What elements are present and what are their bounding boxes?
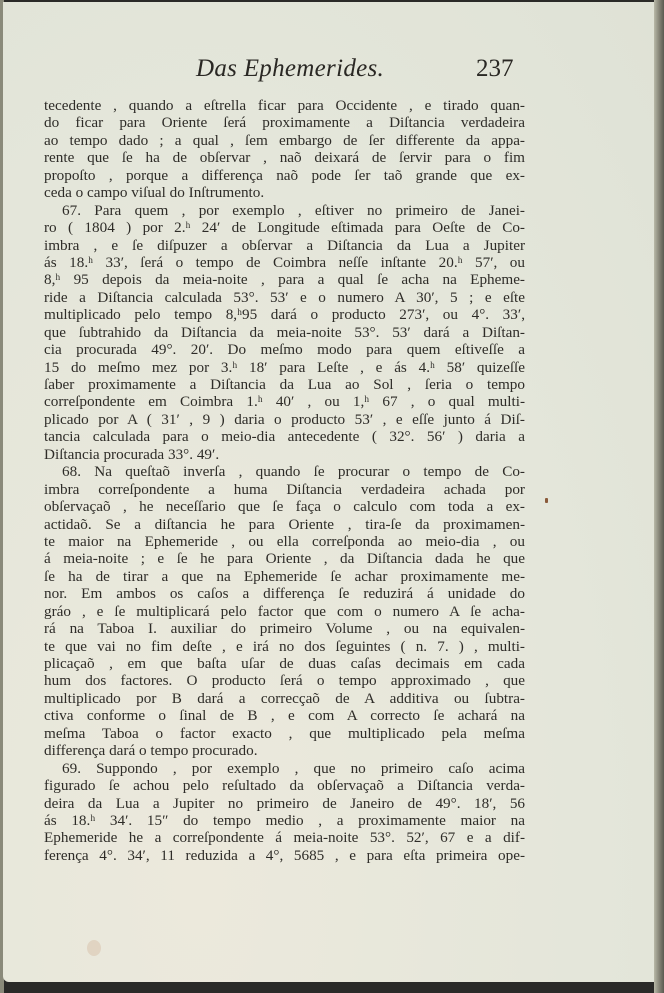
text-line: propoſto , porque a differença naõ pode … <box>44 167 525 184</box>
text-line: rá na Taboa I. auxiliar do primeiro Volu… <box>44 620 525 637</box>
text-line: te que vai no fim deſte , e irá no dos ſ… <box>44 638 525 655</box>
text-line: 15 do meſmo mez por 3.ʰ 18′ para Leſte ,… <box>44 359 525 376</box>
text-line: multiplicado por B dará a correcçaõ de A… <box>44 690 525 707</box>
text-line: actidaõ. Se a diſtancia he para Oriente … <box>44 516 525 533</box>
text-line: tecedente , quando a eſtrella ficar para… <box>44 97 525 114</box>
text-line: que ſubtrahido da Diſtancia da meia-noit… <box>44 324 525 341</box>
text-line: ferença 4°. 34′, 11 reduzida a 4°, 5685 … <box>44 847 525 864</box>
page-stack-edge <box>654 0 664 993</box>
paragraph-68-start: 68. Na queſtaõ inverſa , quando ſe procu… <box>44 463 525 480</box>
text-line: Ephemeride he a correſpondente á meia-no… <box>44 829 525 846</box>
text-line: 8,ʰ 95 depois da meia-noite , para a qua… <box>44 271 525 288</box>
text-line: á meia-noite ; e ſe he para Oriente , da… <box>44 550 525 567</box>
text-line: differença dará o tempo procurado. <box>44 742 525 759</box>
text-line: ride a Diſtancia calculada 53°. 53′ e o … <box>44 289 525 306</box>
text-line: Diſtancia procurada 33°. 49′. <box>44 446 525 463</box>
text-line: ás 18.ʰ 33′, ſerá o tempo de Coimbra neſ… <box>44 254 525 271</box>
paper-stain <box>87 940 101 956</box>
body-text: tecedente , quando a eſtrella ficar para… <box>44 97 525 864</box>
text-line: ao tempo dado ; a qual , ſem embargo de … <box>44 132 525 149</box>
paper-speck <box>545 498 548 503</box>
text-line: ás 18.ʰ 34′. 15″ do tempo medio , a prox… <box>44 812 525 829</box>
text-line: gráo , e ſe multiplicará pelo factor que… <box>44 603 525 620</box>
text-line: ro ( 1804 ) por 2.ʰ 24′ de Longitude eſt… <box>44 219 525 236</box>
running-title: Das Ephemerides. <box>196 55 384 83</box>
paragraph-69-start: 69. Suppondo , por exemplo , que no prim… <box>44 760 525 777</box>
text-line: plicaçaõ , em que baſta uſar de duas caſ… <box>44 655 525 672</box>
text-line: meſma Taboa o factor exacto , que multip… <box>44 725 525 742</box>
text-line: te maior na Ephemeride , ou ella correſp… <box>44 533 525 550</box>
text-line: obſervaçaõ , he neceſſario que ſe faça o… <box>44 498 525 515</box>
paragraph-67-start: 67. Para quem , por exemplo , eſtiver no… <box>44 202 525 219</box>
text-line: rente que ſe ha de obſervar , naõ deixar… <box>44 149 525 166</box>
text-line: tancia calculada para o meio-dia anteced… <box>44 428 525 445</box>
page-header: Das Ephemerides. 237 <box>0 55 664 89</box>
text-line: nor. Em ambos os caſos a differença ſe r… <box>44 585 525 602</box>
page-number: 237 <box>476 55 514 83</box>
text-line: ceda o campo viſual do Inſtrumento. <box>44 184 525 201</box>
text-line: ſaber proximamente a Diſtancia da Lua ao… <box>44 376 525 393</box>
text-line: multiplicado pelo tempo 8,ʰ95 dará o pro… <box>44 306 525 323</box>
text-line: cia procurada 49°. 20′. Do meſmo modo pa… <box>44 341 525 358</box>
text-line: ctiva conforme o ſinal de B , e com A co… <box>44 707 525 724</box>
text-line: do ficar para Oriente ſerá proximamente … <box>44 114 525 131</box>
text-line: ſe ha de tirar a que na Ephemeride ſe ac… <box>44 568 525 585</box>
text-line: imbra , e ſe diſpuzer a obſervar a Diſta… <box>44 237 525 254</box>
text-line: imbra correſpondente a huma Diſtancia ve… <box>44 481 525 498</box>
text-line: deira da Lua a Jupiter no primeiro de Ja… <box>44 795 525 812</box>
text-line: hum dos factores. O producto ſerá o temp… <box>44 672 525 689</box>
text-line: plicado por A ( 31′ , 9 ) daria o produc… <box>44 411 525 428</box>
text-line: correſpondente em Coimbra 1.ʰ 40′ , ou 1… <box>44 393 525 410</box>
text-line: figurado ſe achou pelo reſultado da obſe… <box>44 777 525 794</box>
